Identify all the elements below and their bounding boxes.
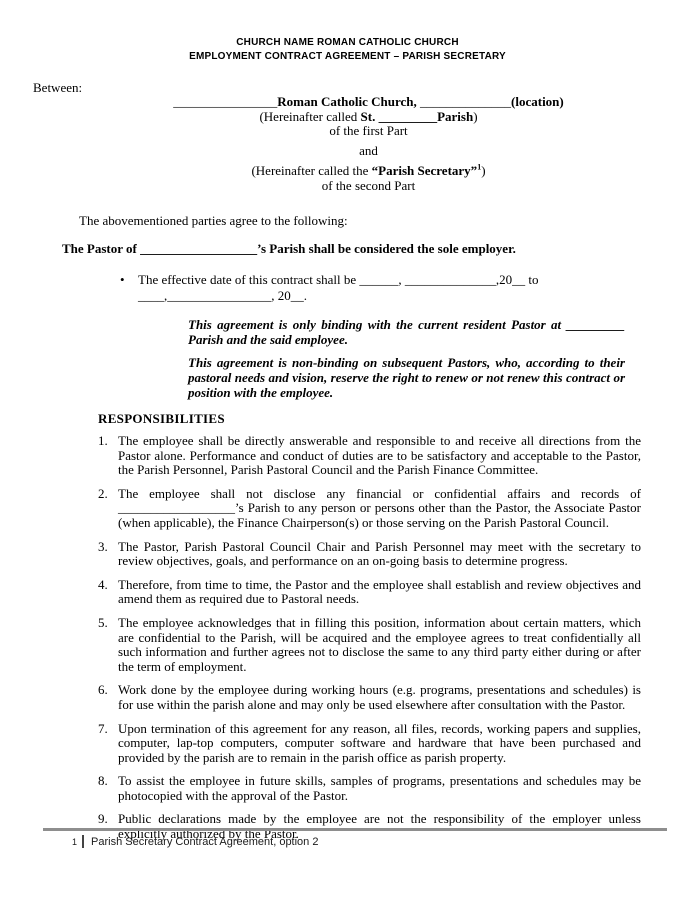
effective-date-bullet: • The effective date of this contract sh… xyxy=(120,272,640,304)
list-item: 4. Therefore, from time to time, the Pas… xyxy=(98,578,641,607)
item-text: The employee shall be directly answerabl… xyxy=(118,434,641,478)
item-text: To assist the employee in future skills,… xyxy=(118,774,641,803)
responsibilities-heading: RESPONSIBILITIES xyxy=(98,411,695,427)
header-line-1: CHURCH NAME ROMAN CATHOLIC CHURCH xyxy=(0,36,695,50)
hereinafter-second-prefix: (Hereinafter called the xyxy=(251,163,371,178)
party-block: ________________Roman Catholic Church, _… xyxy=(42,95,695,193)
binding-paragraph-1: This agreement is only binding with the … xyxy=(188,317,625,347)
item-text: The employee acknowledges that in fillin… xyxy=(118,616,641,674)
item-number: 6. xyxy=(98,683,118,712)
item-number: 3. xyxy=(98,540,118,569)
location-label: (location) xyxy=(511,94,564,109)
footer-page-number: 1 xyxy=(72,837,77,847)
item-text: The Pastor, Parish Pastoral Council Chai… xyxy=(118,540,641,569)
second-part-line: of the second Part xyxy=(42,179,695,194)
hereinafter-second-suffix: ) xyxy=(481,163,485,178)
employer-clause: The Pastor of __________________’s Paris… xyxy=(62,241,695,257)
and-separator: and xyxy=(42,144,695,159)
list-item: 5. The employee acknowledges that in fil… xyxy=(98,616,641,674)
page-footer: 1 Parish Secretary Contract Agreement, o… xyxy=(72,835,318,848)
document-page: CHURCH NAME ROMAN CATHOLIC CHURCH EMPLOY… xyxy=(0,0,695,900)
item-number: 1. xyxy=(98,434,118,478)
item-number: 4. xyxy=(98,578,118,607)
intro-paragraph: The abovementioned parties agree to the … xyxy=(79,213,695,229)
hereinafter-first-prefix: (Hereinafter called xyxy=(259,109,360,124)
header-line-2: EMPLOYMENT CONTRACT AGREEMENT – PARISH S… xyxy=(0,50,695,64)
list-item: 1. The employee shall be directly answer… xyxy=(98,434,641,478)
list-item: 3. The Pastor, Parish Pastoral Council C… xyxy=(98,540,641,569)
item-number: 7. xyxy=(98,722,118,766)
church-name-blank: ________________ xyxy=(173,94,277,109)
footer-divider-bar xyxy=(82,835,84,848)
parish-name-blank-bold: St. _________Parish xyxy=(361,109,474,124)
binding-paragraph-2: This agreement is non-binding on subsequ… xyxy=(188,355,625,400)
item-text: Therefore, from time to time, the Pastor… xyxy=(118,578,641,607)
document-header: CHURCH NAME ROMAN CATHOLIC CHURCH EMPLOY… xyxy=(0,0,695,64)
first-part-line: of the first Part xyxy=(42,124,695,139)
responsibilities-list: 1. The employee shall be directly answer… xyxy=(0,434,695,842)
party-line-hereinafter-second: (Hereinafter called the “Parish Secretar… xyxy=(42,164,695,179)
list-item: 8. To assist the employee in future skil… xyxy=(98,774,641,803)
item-text: Work done by the employee during working… xyxy=(118,683,641,712)
parish-secretary-title: “Parish Secretary” xyxy=(372,163,478,178)
church-name-text: Roman Catholic Church, xyxy=(277,94,417,109)
item-number: 2. xyxy=(98,487,118,531)
footer-title-text: Parish Secretary Contract Agreement, opt… xyxy=(91,836,318,848)
item-text: Upon termination of this agreement for a… xyxy=(118,722,641,766)
item-number: 8. xyxy=(98,774,118,803)
hereinafter-first-suffix: ) xyxy=(473,109,477,124)
binding-clauses: This agreement is only binding with the … xyxy=(188,317,625,400)
location-blank: ______________ xyxy=(417,94,511,109)
party-line-hereinafter-first: (Hereinafter called St. _________Parish) xyxy=(42,110,695,125)
item-text: The employee shall not disclose any fina… xyxy=(118,487,641,531)
list-item: 7. Upon termination of this agreement fo… xyxy=(98,722,641,766)
list-item: 2. The employee shall not disclose any f… xyxy=(98,487,641,531)
bullet-icon: • xyxy=(120,272,138,304)
party-line-church: ________________Roman Catholic Church, _… xyxy=(42,95,695,110)
item-number: 5. xyxy=(98,616,118,674)
footer-separator-rule xyxy=(43,828,667,831)
list-item: 6. Work done by the employee during work… xyxy=(98,683,641,712)
effective-date-text: The effective date of this contract shal… xyxy=(138,272,640,304)
